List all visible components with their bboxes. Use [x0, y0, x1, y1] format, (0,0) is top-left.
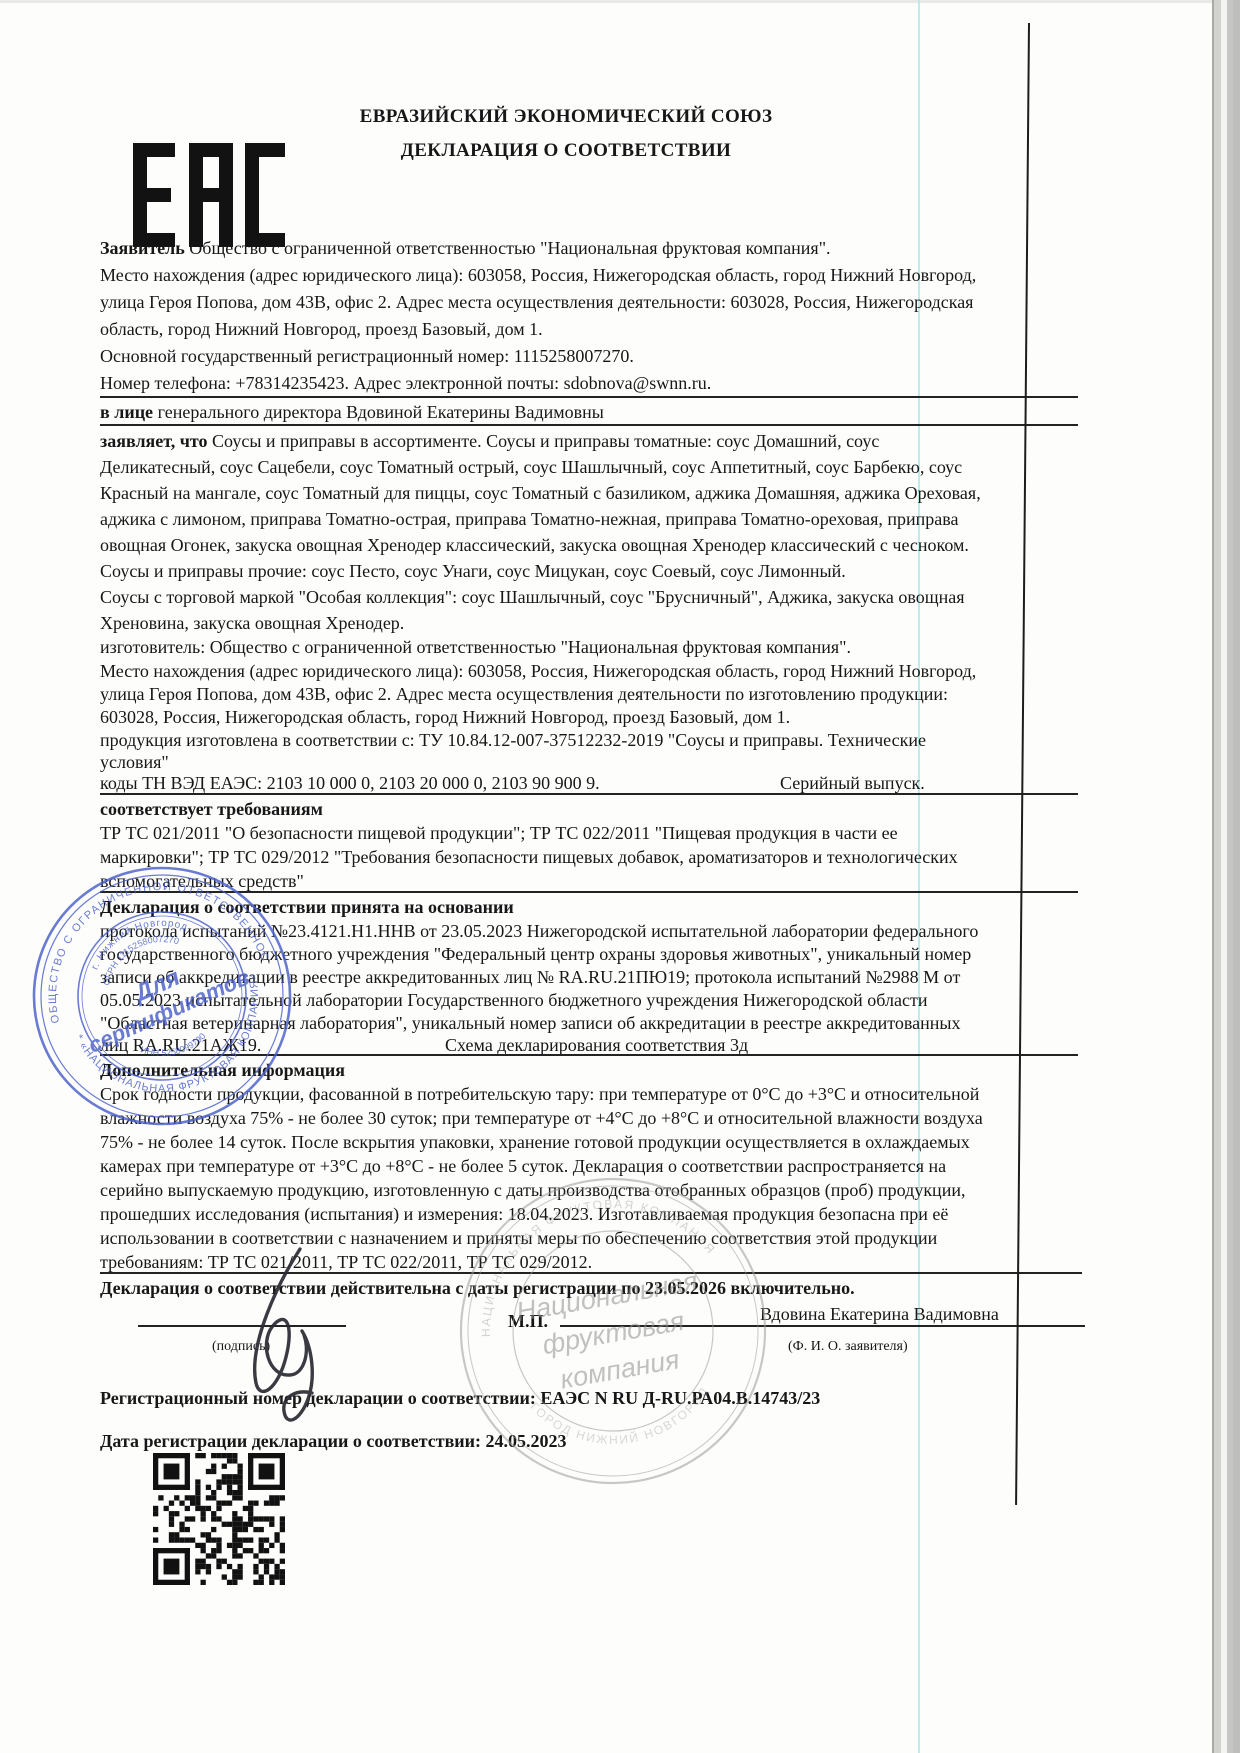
- document-text-row: Основной государственный регистрационный…: [0, 345, 1240, 369]
- document-text-row: Красный на мангале, соус Томатный для пи…: [0, 482, 1240, 506]
- document-text-row: в лице генерального директора Вдовиной Е…: [0, 401, 1240, 425]
- company-round-stamp: НАЦИОНАЛЬНАЯ ФРУКТОВАЯ КОМПАНИЯ ГОРОД НИ…: [452, 1170, 774, 1492]
- svg-text:НАЦИОНАЛЬНАЯ ФРУКТОВАЯ КОМПАНИ: НАЦИОНАЛЬНАЯ ФРУКТОВАЯ КОМПАНИЯ: [459, 1178, 727, 1339]
- company-blue-stamp: ОБЩЕСТВО С ОГРАНИЧЕННОЙ ОТВЕТСТВЕННОСТЬЮ…: [12, 840, 312, 1152]
- document-text-row: улица Героя Попова, дом 43В, офис 2. Адр…: [0, 683, 1240, 707]
- document-text-row: Соусы и приправы прочие: соус Песто, соу…: [0, 560, 1240, 584]
- document-text-row: Номер телефона: +78314235423. Адрес элек…: [0, 372, 1240, 396]
- document-text-row: Соусы с торговой маркой "Особая коллекци…: [0, 586, 1240, 610]
- document-text-row: изготовитель: Общество с ограниченной от…: [0, 636, 1240, 660]
- horizontal-rule: [100, 424, 1078, 426]
- document-text-row: область, город Нижний Новгород, проезд Б…: [0, 318, 1240, 342]
- document-text-row: Место нахождения (адрес юридического лиц…: [0, 660, 1240, 684]
- document-text-row: улица Героя Попова, дом 43В, офис 2. Адр…: [0, 291, 1240, 315]
- document-text-row: продукция изготовлена в соответствии с: …: [0, 729, 1240, 753]
- scanner-top-edge: [0, 0, 1240, 3]
- document-text-row: ДЕКЛАРАЦИЯ О СООТВЕТСТВИИ: [0, 140, 1240, 164]
- document-text-row: заявляет, что Соусы и приправы в ассорти…: [0, 430, 1240, 454]
- document-text-row: Заявитель Общество с ограниченной ответс…: [0, 237, 1240, 261]
- scanned-declaration-page: ЕВРАЗИЙСКИЙ ЭКОНОМИЧЕСКИЙ СОЮЗДЕКЛАРАЦИЯ…: [0, 0, 1240, 1753]
- signature: [200, 1235, 360, 1435]
- document-text-row: Место нахождения (адрес юридического лиц…: [0, 264, 1240, 288]
- document-text-row: Деликатесный, соус Сацебели, соус Томатн…: [0, 456, 1240, 480]
- horizontal-rule: [100, 793, 1078, 795]
- document-text-row: ЕВРАЗИЙСКИЙ ЭКОНОМИЧЕСКИЙ СОЮЗ: [0, 106, 1240, 130]
- horizontal-rule: [100, 396, 1078, 398]
- qr-code: [153, 1453, 285, 1585]
- document-text-row: соответствует требованиям: [0, 798, 1240, 822]
- document-text-row: овощная Огонек, закуска овощная Хренодер…: [0, 534, 1240, 558]
- document-text-row: Хреновина, закуска овощная Хренодер.: [0, 612, 1240, 636]
- document-text-row: аджика с лимоном, приправа Томатно-остра…: [0, 508, 1240, 532]
- scan-edge: [1212, 0, 1240, 1753]
- document-text-row: 603028, Россия, Нижегородская область, г…: [0, 706, 1240, 730]
